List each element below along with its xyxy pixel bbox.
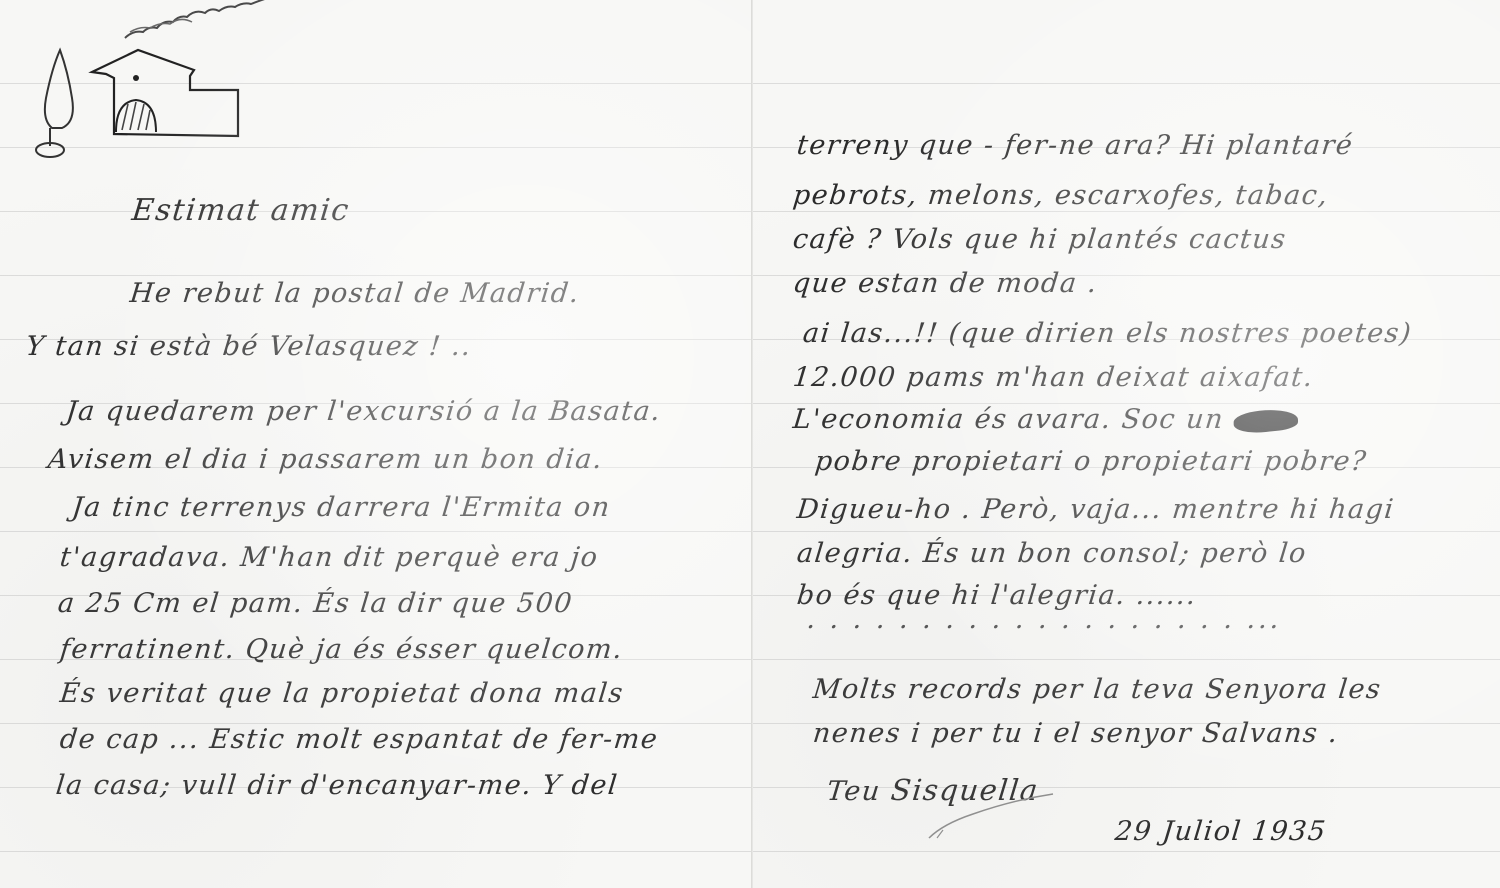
letter-line: L'economia és avara. Soc un — [792, 406, 1300, 433]
letter-line: Ja quedarem per l'excursió a la Basata. — [65, 398, 663, 425]
salutation: Estimat amic — [130, 196, 351, 226]
letter-line: Y tan si està bé Velasquez ! .. — [25, 333, 474, 360]
letter-line: t'agradava. M'han dit perquè era jo — [59, 544, 600, 571]
farmhouse-icon — [92, 50, 238, 136]
letter-line-text: L'economia és avara. Soc un — [791, 404, 1225, 435]
letter-line: És veritat que la propietat dona mals — [59, 680, 626, 707]
letter-line: cafè ? Vols que hi plantés cactus — [792, 226, 1288, 253]
letter-line: 12.000 pams m'han deixat aixafat. — [792, 364, 1316, 391]
closing: Teu — [826, 778, 883, 805]
letter-date: 29 Juliol 1935 — [1114, 818, 1328, 845]
letter-line: alegria. És un bon consol; però lo — [796, 540, 1309, 567]
signature-flourish-icon — [923, 790, 1063, 840]
letter-spread: Estimat amic He rebut la postal de Madri… — [0, 0, 1500, 888]
house-sketch-icon — [20, 0, 320, 170]
letter-line: He rebut la postal de Madrid. — [129, 280, 582, 307]
letter-line: Digueu-ho . Però, vaja... mentre hi hagi — [796, 496, 1396, 523]
letter-line: . . . . . . . . . . . . . . . . . . . ..… — [806, 606, 1284, 633]
letter-line: la casa; vull dir d'encanyar-me. Y del — [55, 772, 620, 799]
letter-line: a 25 Cm el pam. És la dir que 500 — [57, 590, 575, 617]
letter-line: Ja tinc terrenys darrera l'Ermita on — [71, 494, 612, 521]
left-page: Estimat amic He rebut la postal de Madri… — [0, 0, 751, 888]
letter-line: nenes i per tu i el senyor Salvans . — [812, 720, 1340, 747]
cypress-tree-icon — [45, 50, 73, 128]
letter-line: ai las...!! (que dirien els nostres poet… — [802, 320, 1414, 347]
chimney-smoke-icon — [125, 0, 271, 38]
ink-blot-icon — [1234, 406, 1298, 435]
letter-line: terreny que - fer-ne ara? Hi plantaré — [796, 132, 1355, 159]
letter-line: pobre propietari o propietari pobre? — [814, 448, 1369, 475]
letter-line: pebrots, melons, escarxofes, tabac, — [792, 182, 1330, 209]
letter-line: de cap ... Estic molt espantat de fer-me — [59, 726, 660, 753]
letter-line: que estan de moda . — [792, 270, 1100, 297]
letter-line: Molts records per la teva Senyora les — [812, 676, 1383, 703]
letter-line: Avisem el dia i passarem un bon dia. — [47, 446, 605, 473]
letter-line: ferratinent. Què ja és ésser quelcom. — [59, 636, 625, 663]
right-page: terreny que - fer-ne ara? Hi plantaré pe… — [753, 0, 1500, 888]
